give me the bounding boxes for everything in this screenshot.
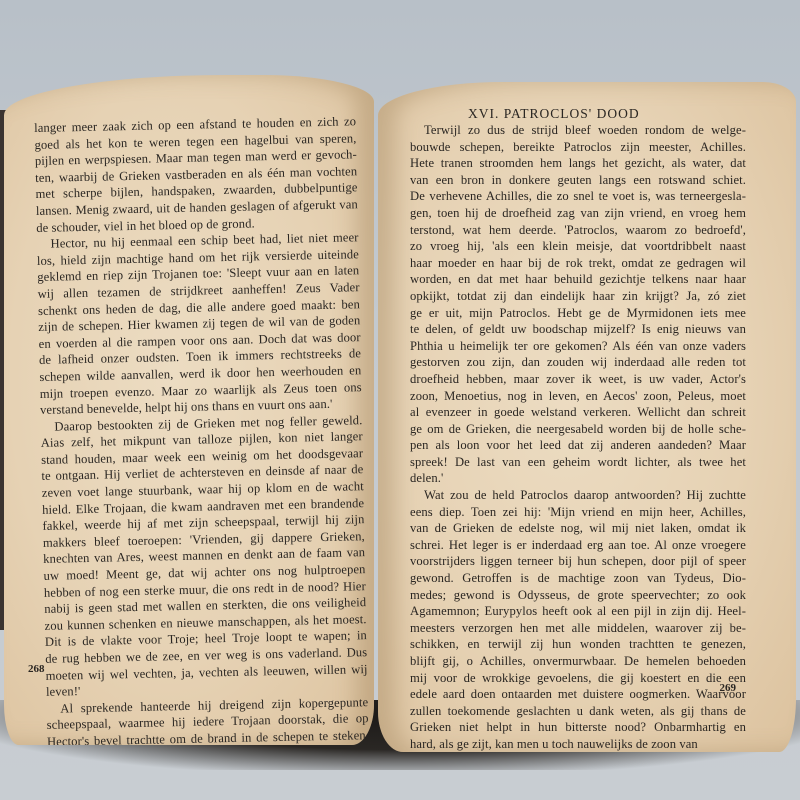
text-line: eens diep. Toen zei hij: 'Mijn vriend en… [410, 504, 746, 521]
text-line: ge er uit, mijn Patroclos. Hebt ge de My… [410, 305, 746, 322]
right-page-number: 269 [720, 682, 737, 694]
text-line: mij voor de wrokkige gevoelens, die gij … [410, 670, 746, 687]
text-line: schrei. Het leger is er inderdaad erg aa… [410, 537, 746, 554]
text-line: gestorven zou zijn, dan zouden wij inder… [410, 354, 746, 371]
text-line: haar moeder en haar bij de rok trekt, om… [410, 255, 746, 272]
text-line: Phthia u heimelijk ter ore gekomen? Als … [410, 338, 746, 355]
text-line: hard, als ge zijt, kan men u toch nauwel… [410, 736, 746, 752]
text-line: te delen, of geldt uw boodschap mijzelf?… [410, 321, 746, 338]
text-line: droefheid hebben, maar zover ik weet, is… [410, 371, 746, 388]
text-line: bouwde schepen, bereikte Patroclos zijn … [410, 139, 746, 156]
text-line: zullen toekomende geslachten u dank wete… [410, 703, 746, 720]
text-line: opkijkt, totdat zij dan eindelijk haar z… [410, 288, 746, 305]
left-page-number: 268 [28, 663, 45, 675]
text-line: zoon, Menoetius, nog in leven, en Aecos'… [410, 388, 746, 405]
text-line: De verhevene Achilles, die zo snel te vo… [410, 188, 746, 205]
text-line: edele aard doen ontaarden met duistere o… [410, 686, 746, 703]
left-page-text: langer meer zaak zich op een afstand te … [34, 113, 370, 745]
open-book: langer meer zaak zich op een afstand te … [0, 0, 800, 800]
text-line: terstond, wat hem deerde. 'Patroclos, wa… [410, 222, 746, 239]
text-line: delen.' [410, 470, 746, 487]
text-line: van de Grieken de edelste nog, wil mij n… [410, 520, 746, 537]
text-line: worden, en dat met haar behuild gezichtj… [410, 271, 746, 288]
text-line: ge om de Grieken, die neergesabeld worde… [410, 421, 746, 438]
text-line: Agamemnon; Eurypylos heeft ook al een pi… [410, 603, 746, 620]
text-line: Terwijl zo dus de strijd bleef woeden ro… [410, 122, 746, 139]
right-page: XVI. PATROCLOS' DOOD Terwijl zo dus de s… [378, 82, 796, 752]
text-line: spreek! De last van een geheim wordt lic… [410, 454, 746, 471]
text-line: zo vroeg hij, 'als een klein meisje, dat… [410, 238, 746, 255]
text-line: schikken, en terwijl zij hun wonden trac… [410, 636, 746, 653]
text-line: meesters verzorgen hen met alle middelen… [410, 620, 746, 637]
text-line: Hete tranen stroomden hem langs het gezi… [410, 155, 746, 172]
text-line: pen als loon voor het leed dat zij ander… [410, 437, 746, 454]
text-line: blijft gij, o Achilles, onvermurwbaar. D… [410, 653, 746, 670]
text-line: van een bron in donkere geuten langs een… [410, 172, 746, 189]
text-line: voorstrijders liggen terneer bij hun sch… [410, 553, 746, 570]
text-line: al evenzeer in goede welstand verkeren. … [410, 404, 746, 421]
chapter-title: XVI. PATROCLOS' DOOD [468, 106, 640, 122]
right-page-text: Terwijl zo dus de strijd bleef woeden ro… [410, 122, 746, 752]
text-line: gen, toen hij de droefheid zag van zijn … [410, 205, 746, 222]
text-line: Wat zou de held Patroclos daarop antwoor… [410, 487, 746, 504]
text-line: gewond. Getroffen is de machtige zoon va… [410, 570, 746, 587]
text-line: Grieken niet helpt in hun bitterste nood… [410, 719, 746, 736]
left-page: langer meer zaak zich op een afstand te … [4, 75, 374, 745]
text-line: medes; gewond is Odysseus, de grote spee… [410, 587, 746, 604]
